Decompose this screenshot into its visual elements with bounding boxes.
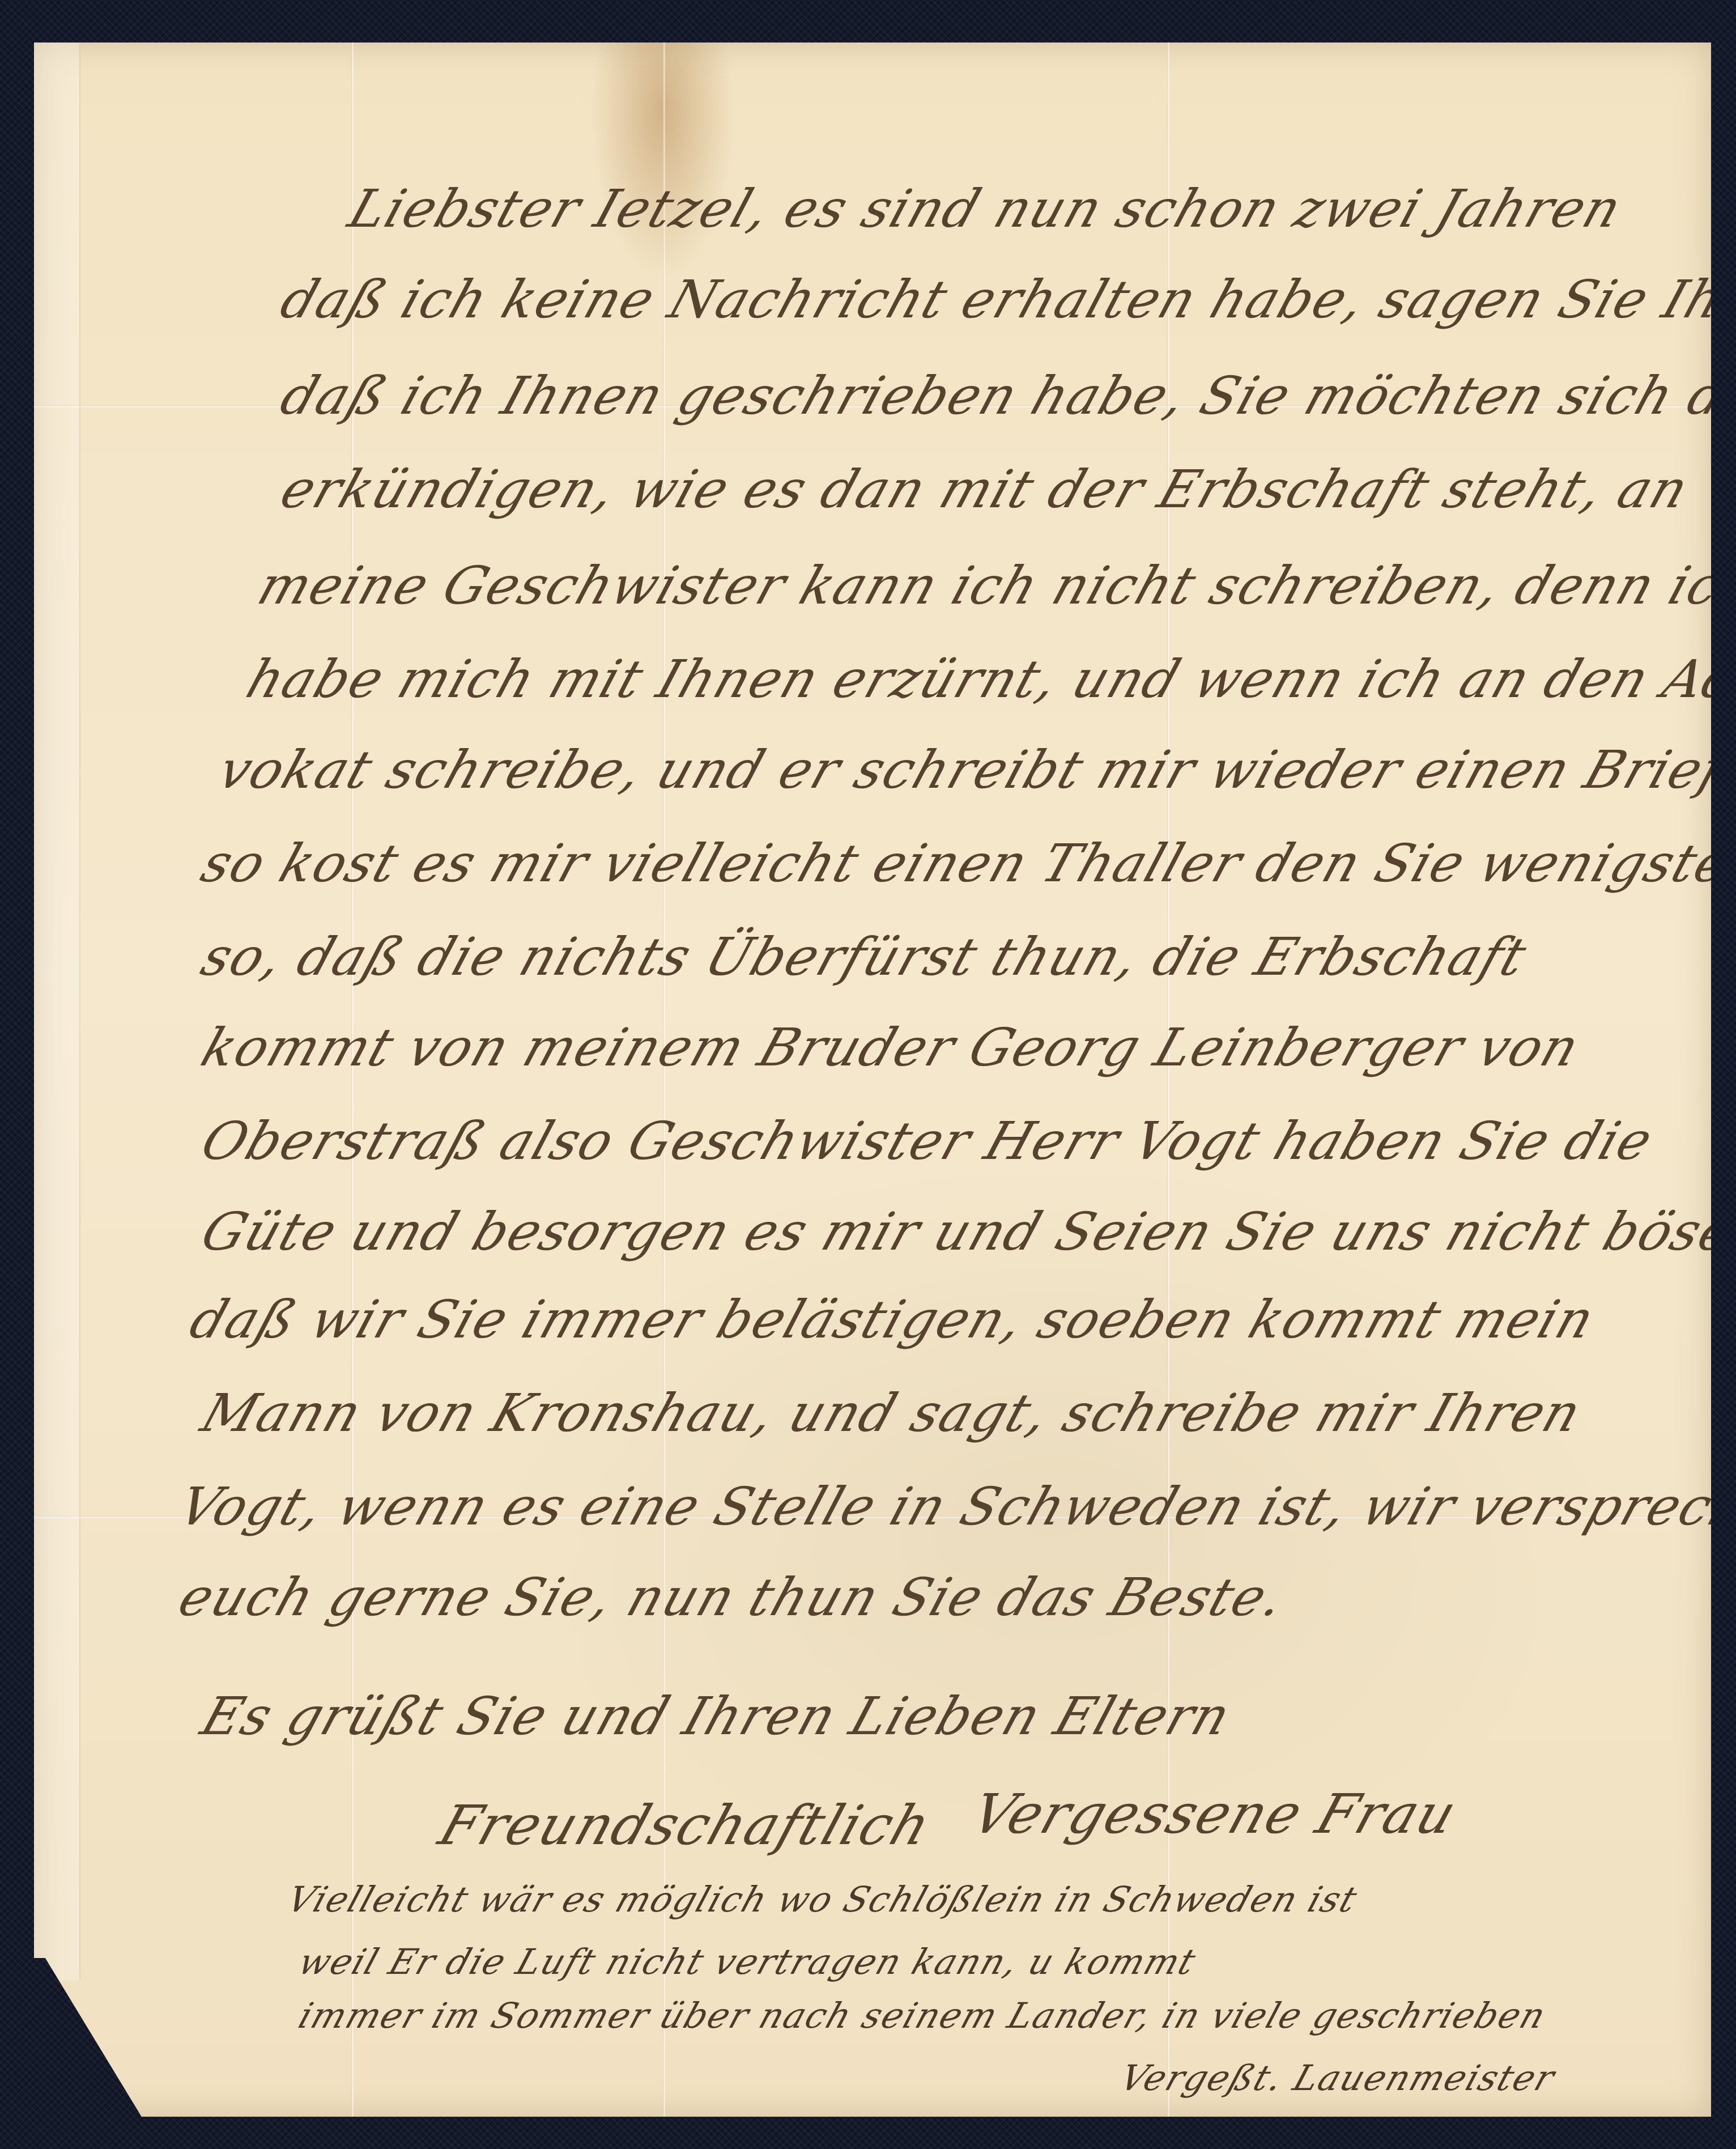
- postscript-line: Vielleicht wär es möglich wo Schlößlein …: [282, 1879, 1363, 1920]
- body-line: euch gerne Sie, nun thun Sie das Beste.: [172, 1567, 1293, 1628]
- body-line: meine Geschwister kann ich nicht schreib…: [251, 555, 1736, 616]
- body-line: erkündigen, wie es dan mit der Erbschaft…: [274, 459, 1697, 520]
- postscript-line: weil Er die Luft nicht vertragen kann, u…: [293, 1941, 1202, 1982]
- body-line: kommt von meinem Bruder Georg Leinberger…: [194, 1017, 1588, 1078]
- greeting-line: Es grüßt Sie und Ihren Lieben Eltern: [194, 1686, 1239, 1747]
- body-line: Güte und besorgen es mir und Seien Sie u…: [194, 1201, 1736, 1262]
- body-line: so kost es mir vielleicht einen Thaller …: [194, 833, 1736, 894]
- body-line: Liebster Ietzel, es sind nun schon zwei …: [342, 179, 1630, 239]
- postscript-line: Vergeßt. Lauenmeister: [1115, 2057, 1560, 2099]
- letter-paper: Liebster Ietzel, es sind nun schon zwei …: [34, 43, 1711, 2117]
- body-line: Vogt, wenn es eine Stelle in Schweden is…: [172, 1476, 1736, 1537]
- body-line: habe mich mit Ihnen erzürnt, und wenn ic…: [240, 649, 1736, 710]
- body-line: Oberstraß also Geschwister Herr Vogt hab…: [194, 1111, 1661, 1171]
- fold-crease: [351, 43, 354, 2117]
- body-line: Mann von Kronshau, und sagt, schreibe mi…: [194, 1383, 1589, 1443]
- body-line: daß ich keine Nachricht erhalten habe, s…: [274, 269, 1736, 330]
- closing: Freundschaftlich: [432, 1794, 939, 1857]
- body-line: daß wir Sie immer belästigen, soeben kom…: [183, 1289, 1603, 1350]
- body-line: so, daß die nichts Überfürst thun, die E…: [194, 927, 1535, 987]
- body-line: daß ich Ihnen geschrieben habe, Sie möch…: [274, 366, 1736, 426]
- folded-margin: [34, 43, 80, 1981]
- body-line: vokat schreibe, und er schreibt mir wied…: [211, 740, 1736, 800]
- signature-name: Vergessene Frau: [964, 1782, 1465, 1846]
- postscript-line: immer im Sommer über nach seinem Lander,…: [293, 1995, 1552, 2036]
